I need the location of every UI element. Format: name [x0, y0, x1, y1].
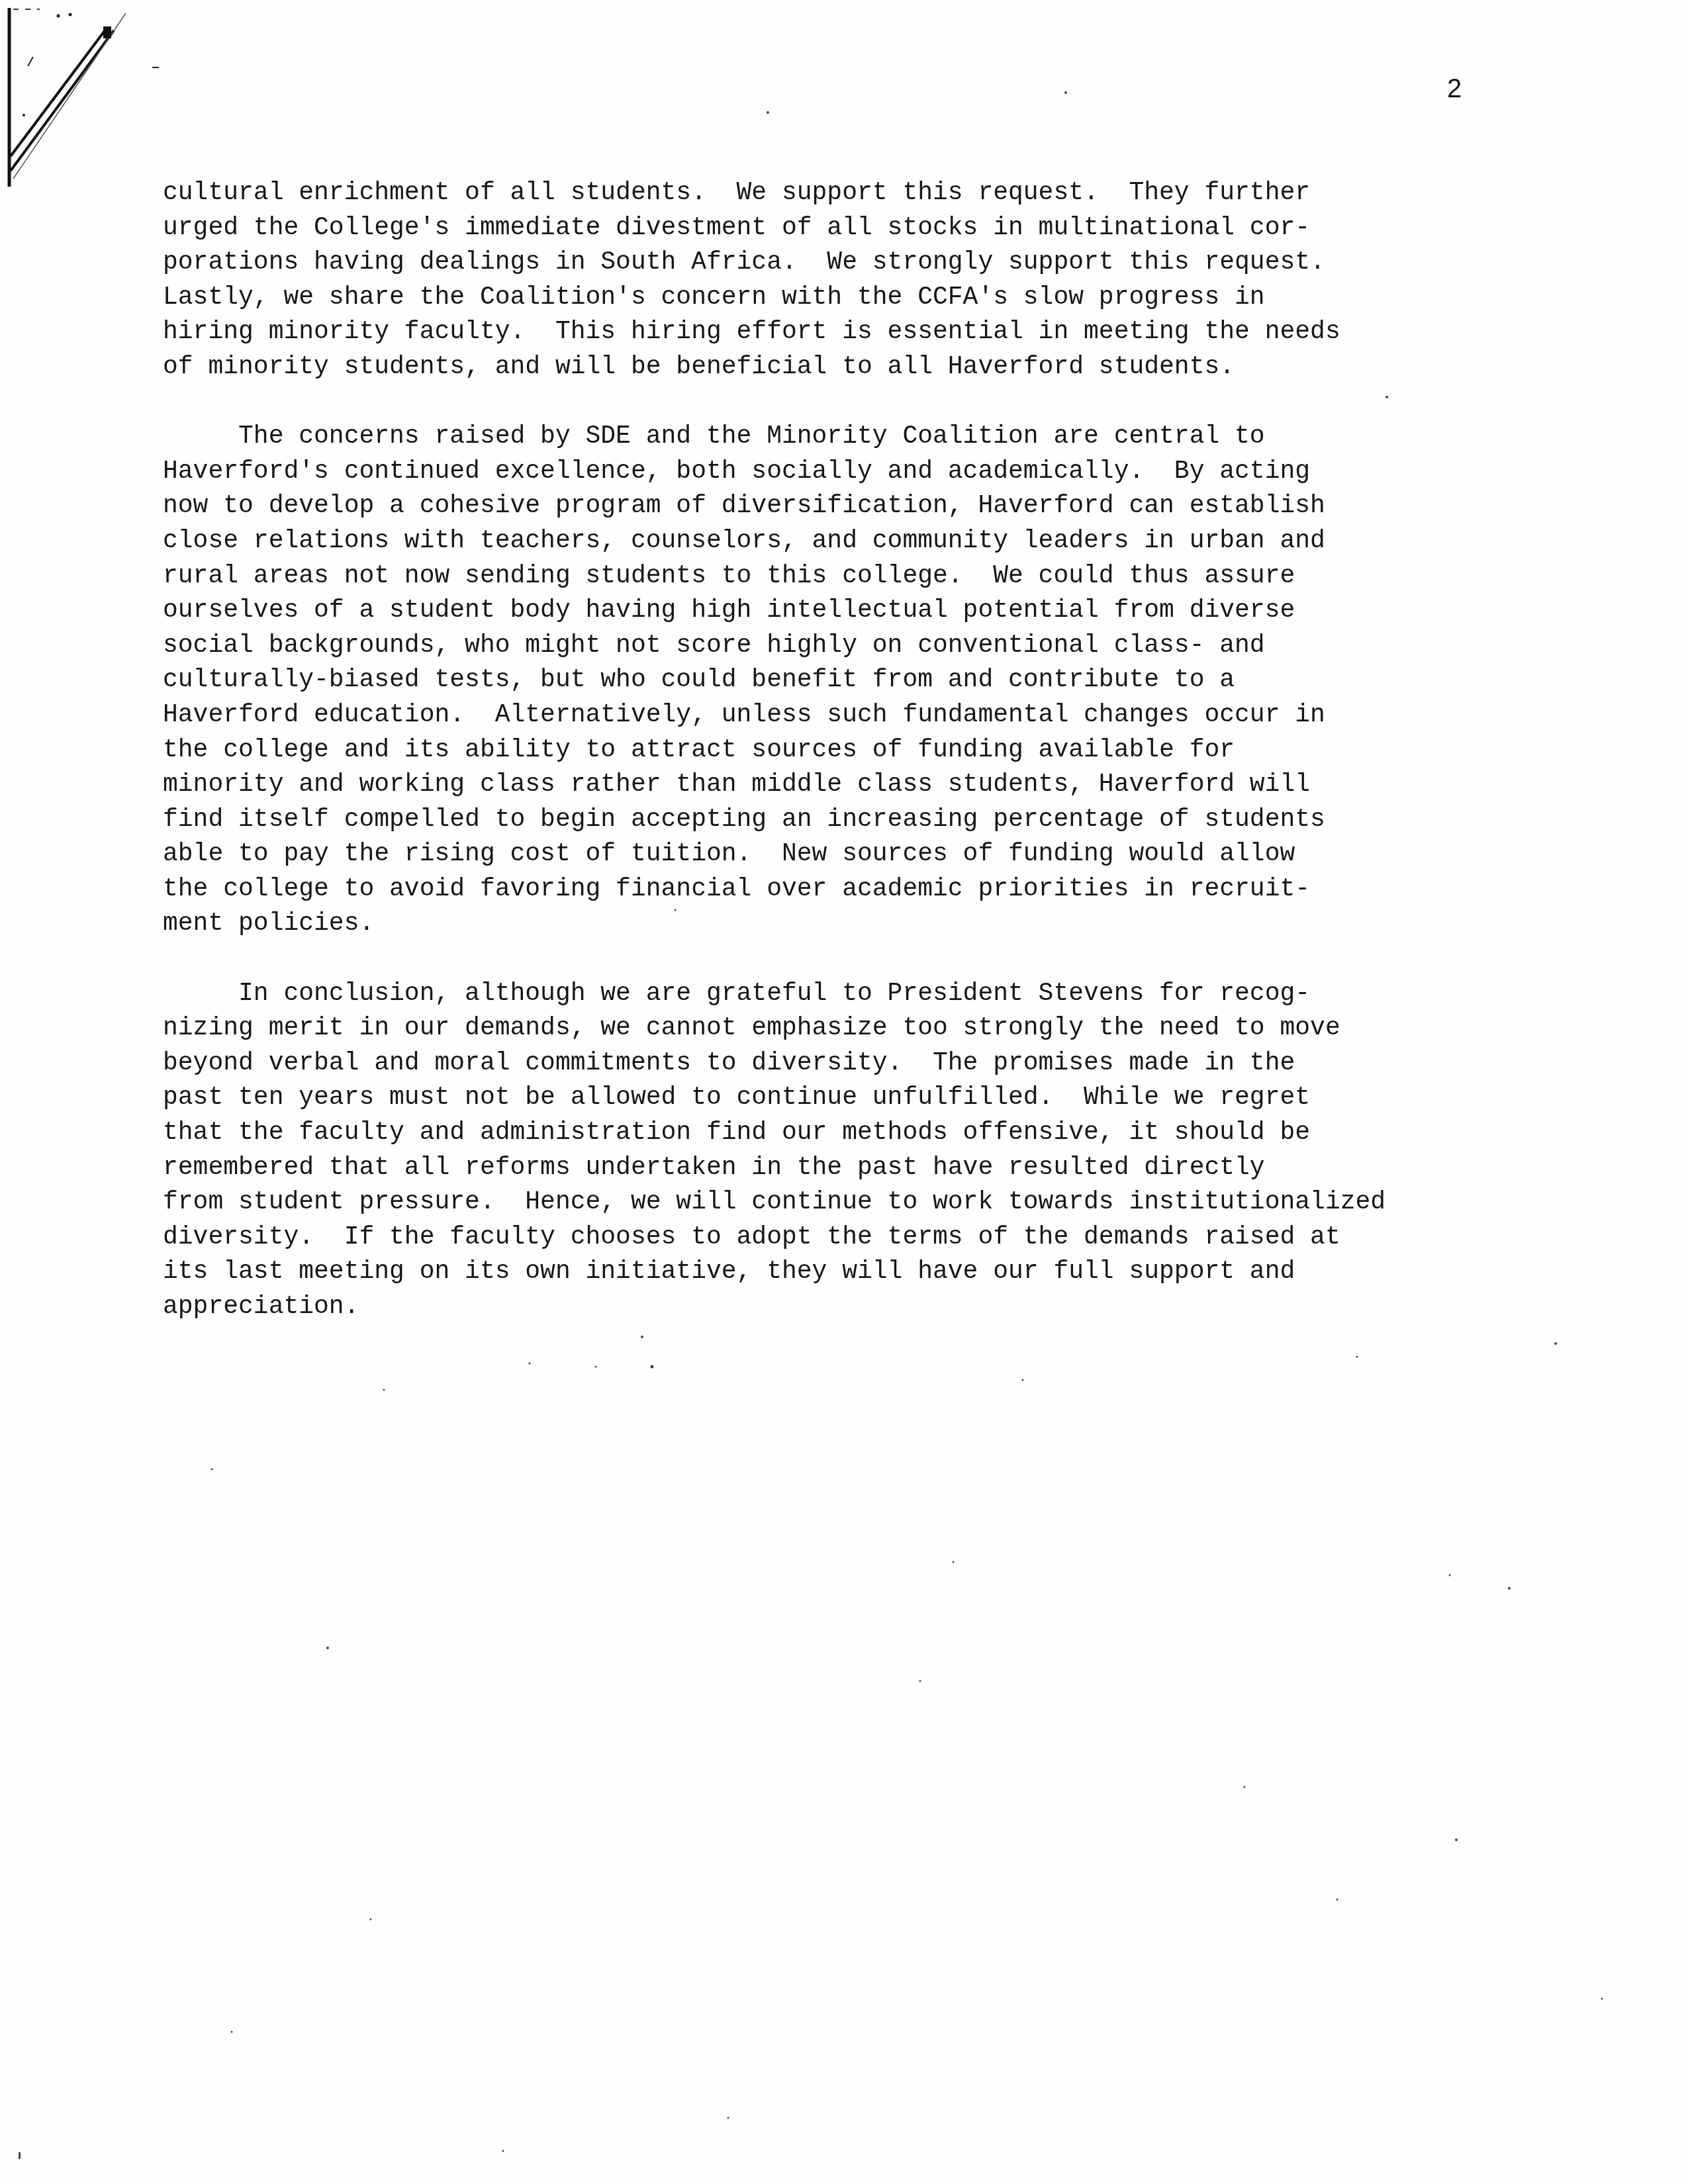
- text-line: social backgrounds, who might not score …: [163, 629, 1652, 664]
- letter-body: cultural enrichment of all students. We …: [163, 176, 1652, 1359]
- text-line: that the faculty and administration find…: [163, 1116, 1652, 1151]
- text-line: minority and working class rather than m…: [163, 768, 1652, 803]
- text-line: the college to avoid favoring financial …: [163, 872, 1652, 907]
- text-line: The concerns raised by SDE and the Minor…: [163, 420, 1652, 455]
- text-line: of minority students, and will be benefi…: [163, 350, 1652, 385]
- text-line: In conclusion, although we are grateful …: [163, 977, 1652, 1012]
- text-line: ment policies.: [163, 907, 1652, 942]
- text-line: nizing merit in our demands, we cannot e…: [163, 1011, 1652, 1046]
- text-line: culturally-biased tests, but who could b…: [163, 663, 1652, 698]
- text-line: find itself compelled to begin accepting…: [163, 803, 1652, 838]
- text-line: rural areas not now sending students to …: [163, 559, 1652, 594]
- paragraph-2: The concerns raised by SDE and the Minor…: [163, 420, 1652, 942]
- text-line: hiring minority faculty. This hiring eff…: [163, 315, 1652, 350]
- page-number: 2: [1447, 74, 1462, 104]
- text-line: ourselves of a student body having high …: [163, 594, 1652, 629]
- text-line: past ten years must not be allowed to co…: [163, 1081, 1652, 1116]
- text-line: porations having dealings in South Afric…: [163, 246, 1652, 281]
- text-line: close relations with teachers, counselor…: [163, 524, 1652, 559]
- text-line: Haverford education. Alternatively, unle…: [163, 698, 1652, 733]
- text-line: Haverford's continued excellence, both s…: [163, 455, 1652, 490]
- staple-corner-mark-icon: [0, 0, 172, 199]
- paragraph-1: cultural enrichment of all students. We …: [163, 176, 1652, 385]
- text-line: diversity. If the faculty chooses to ado…: [163, 1220, 1652, 1255]
- text-line: now to develop a cohesive program of div…: [163, 489, 1652, 524]
- text-line: its last meeting on its own initiative, …: [163, 1255, 1652, 1290]
- text-line: beyond verbal and moral commitments to d…: [163, 1046, 1652, 1081]
- text-line: appreciation.: [163, 1290, 1652, 1325]
- text-line: able to pay the rising cost of tuition. …: [163, 837, 1652, 872]
- text-line: remembered that all reforms undertaken i…: [163, 1151, 1652, 1186]
- text-line: from student pressure. Hence, we will co…: [163, 1185, 1652, 1220]
- paragraph-3: In conclusion, although we are grateful …: [163, 977, 1652, 1325]
- document-page: 2 cultural enrichment of all students. W…: [0, 0, 1688, 2184]
- text-line: the college and its ability to attract s…: [163, 733, 1652, 768]
- text-line: Lastly, we share the Coalition's concern…: [163, 281, 1652, 316]
- text-line: urged the College's immediate divestment…: [163, 211, 1652, 246]
- text-line: cultural enrichment of all students. We …: [163, 176, 1652, 211]
